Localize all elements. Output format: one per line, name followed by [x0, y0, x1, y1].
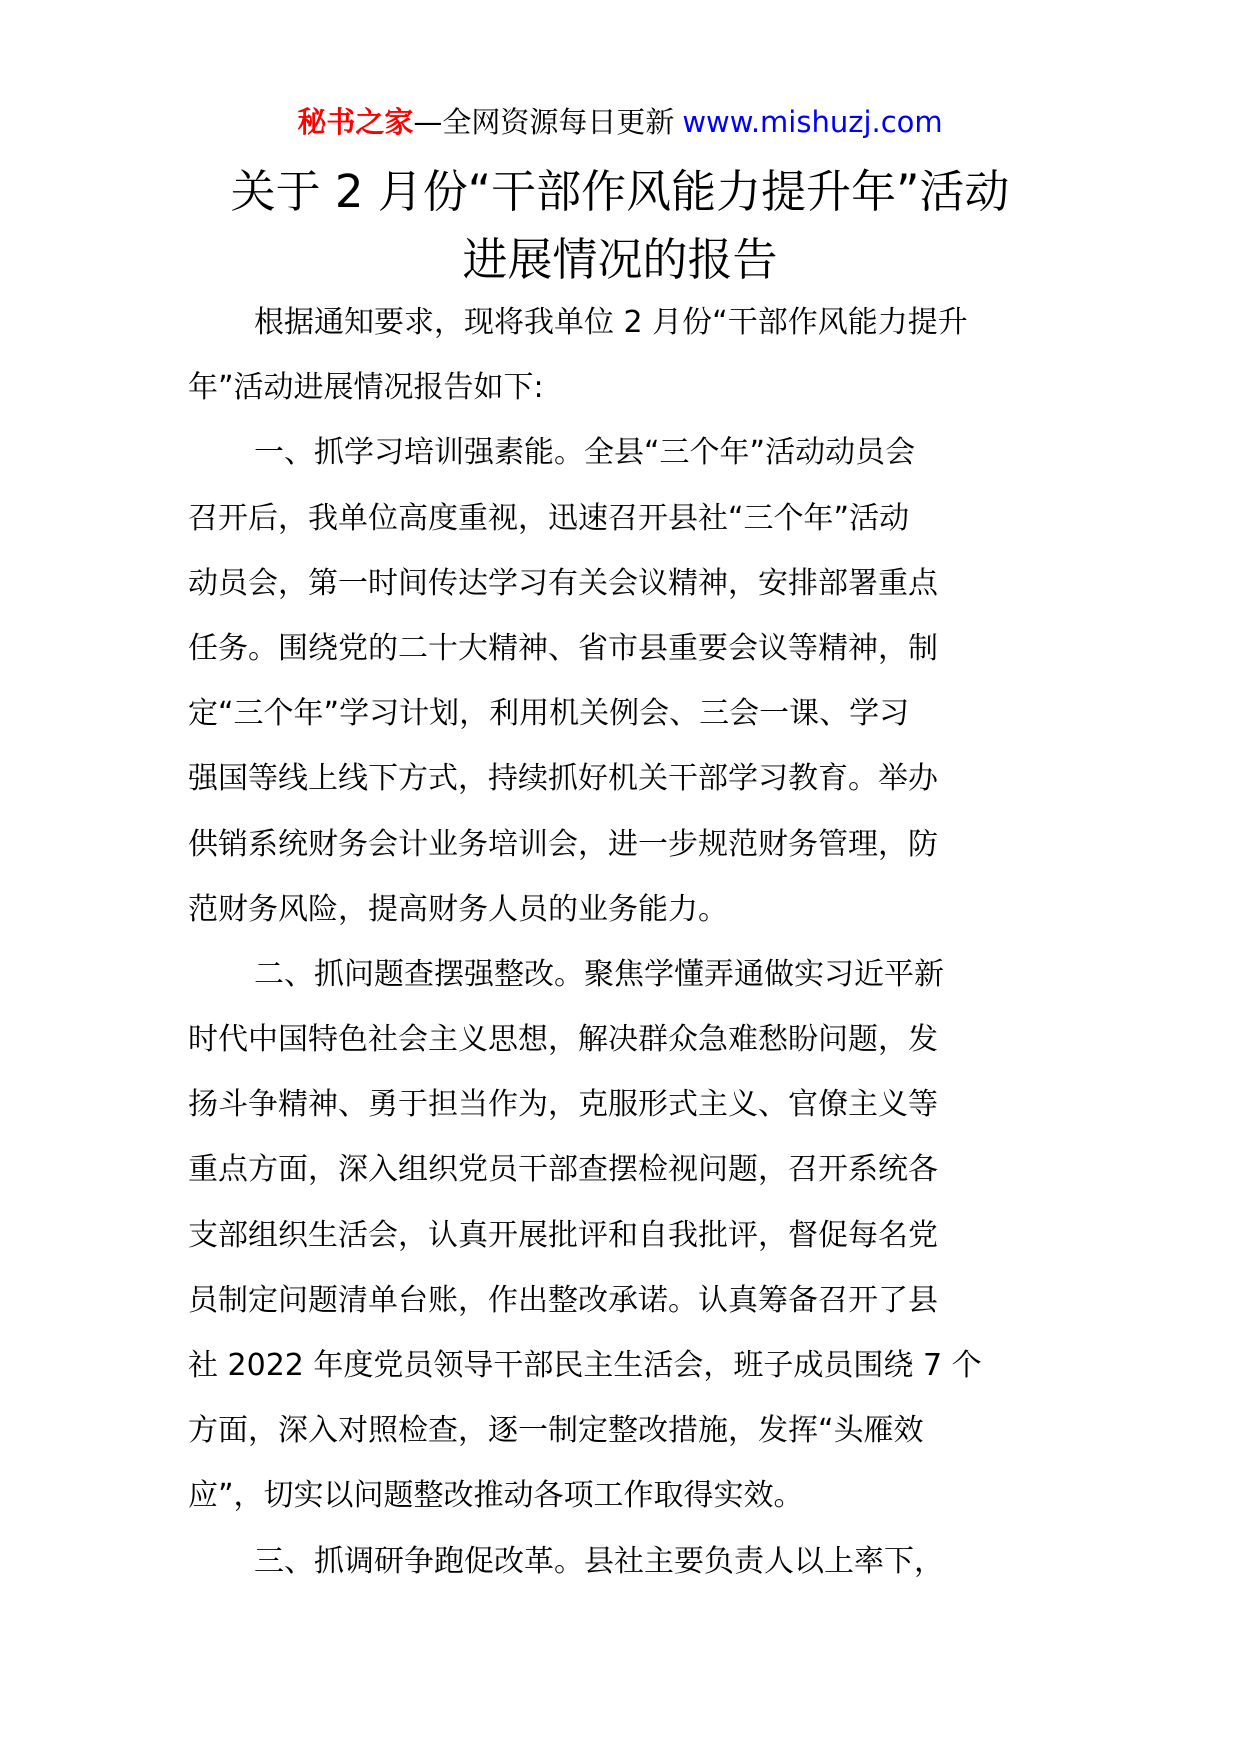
text-line: 任务。围绕党的二十大精神、省市县重要会议等精神，制 [188, 616, 1058, 681]
title-line-2: 进展情况的报告 [0, 226, 1240, 294]
paragraph-section-2: 二、抓问题查摆强整改。聚焦学懂弄通做实习近平新 时代中国特色社会主义思想，解决群… [188, 942, 1058, 1529]
text-line: 重点方面，深入组织党员干部查摆检视问题，召开系统各 [188, 1137, 1058, 1202]
text-line: 范财务风险，提高财务人员的业务能力。 [188, 877, 1058, 942]
text-line: 支部组织生活会，认真开展批评和自我批评，督促每名党 [188, 1203, 1058, 1268]
section-heading-line: 三、抓调研争跑促改革。县社主要负责人以上率下， [188, 1529, 1058, 1594]
text-line: 时代中国特色社会主义思想，解决群众急难愁盼问题，发 [188, 1007, 1058, 1072]
text-line: 应”，切实以问题整改推动各项工作取得实效。 [188, 1463, 1058, 1528]
text-line: 员制定问题清单台账，作出整改承诺。认真筹备召开了县 [188, 1268, 1058, 1333]
text-line: 定“三个年”学习计划，利用机关例会、三会一课、学习 [188, 681, 1058, 746]
slogan-text: —全网资源每日更新 [413, 105, 674, 139]
paragraph-section-1: 一、抓学习培训强素能。全县“三个年”活动动员会 召开后，我单位高度重视，迅速召开… [188, 420, 1058, 942]
text-line: 召开后，我单位高度重视，迅速召开县社“三个年”活动 [188, 486, 1058, 551]
text-line: 年”活动进展情况报告如下: [188, 355, 1058, 420]
text-line: 扬斗争精神、勇于担当作为，克服形式主义、官僚主义等 [188, 1072, 1058, 1137]
brand-name: 秘书之家 [297, 105, 413, 139]
site-url-link[interactable]: www.mishuzj.com [682, 105, 942, 139]
section-heading-line: 一、抓学习培训强素能。全县“三个年”活动动员会 [188, 420, 1058, 485]
text-line: 动员会，第一时间传达学习有关会议精神，安排部署重点 [188, 551, 1058, 616]
text-line: 强国等线上线下方式，持续抓好机关干部学习教育。举办 [188, 746, 1058, 811]
section-heading-line: 二、抓问题查摆强整改。聚焦学懂弄通做实习近平新 [188, 942, 1058, 1007]
paragraph-section-3: 三、抓调研争跑促改革。县社主要负责人以上率下， [188, 1529, 1058, 1594]
document-title: 关于 2 月份“干部作风能力提升年”活动 进展情况的报告 [0, 158, 1240, 294]
site-header-banner: 秘书之家—全网资源每日更新www.mishuzj.com [0, 102, 1240, 142]
text-line: 社 2022 年度党员领导干部民主生活会，班子成员围绕 7 个 [188, 1333, 1058, 1398]
text-line: 供销系统财务会计业务培训会，进一步规范财务管理，防 [188, 812, 1058, 877]
text-line: 方面，深入对照检查，逐一制定整改措施，发挥“头雁效 [188, 1398, 1058, 1463]
text-line: 根据通知要求，现将我单位 2 月份“干部作风能力提升 [188, 290, 1058, 355]
document-body: 根据通知要求，现将我单位 2 月份“干部作风能力提升 年”活动进展情况报告如下:… [188, 290, 1058, 1594]
paragraph-intro: 根据通知要求，现将我单位 2 月份“干部作风能力提升 年”活动进展情况报告如下: [188, 290, 1058, 420]
title-line-1: 关于 2 月份“干部作风能力提升年”活动 [0, 158, 1240, 226]
